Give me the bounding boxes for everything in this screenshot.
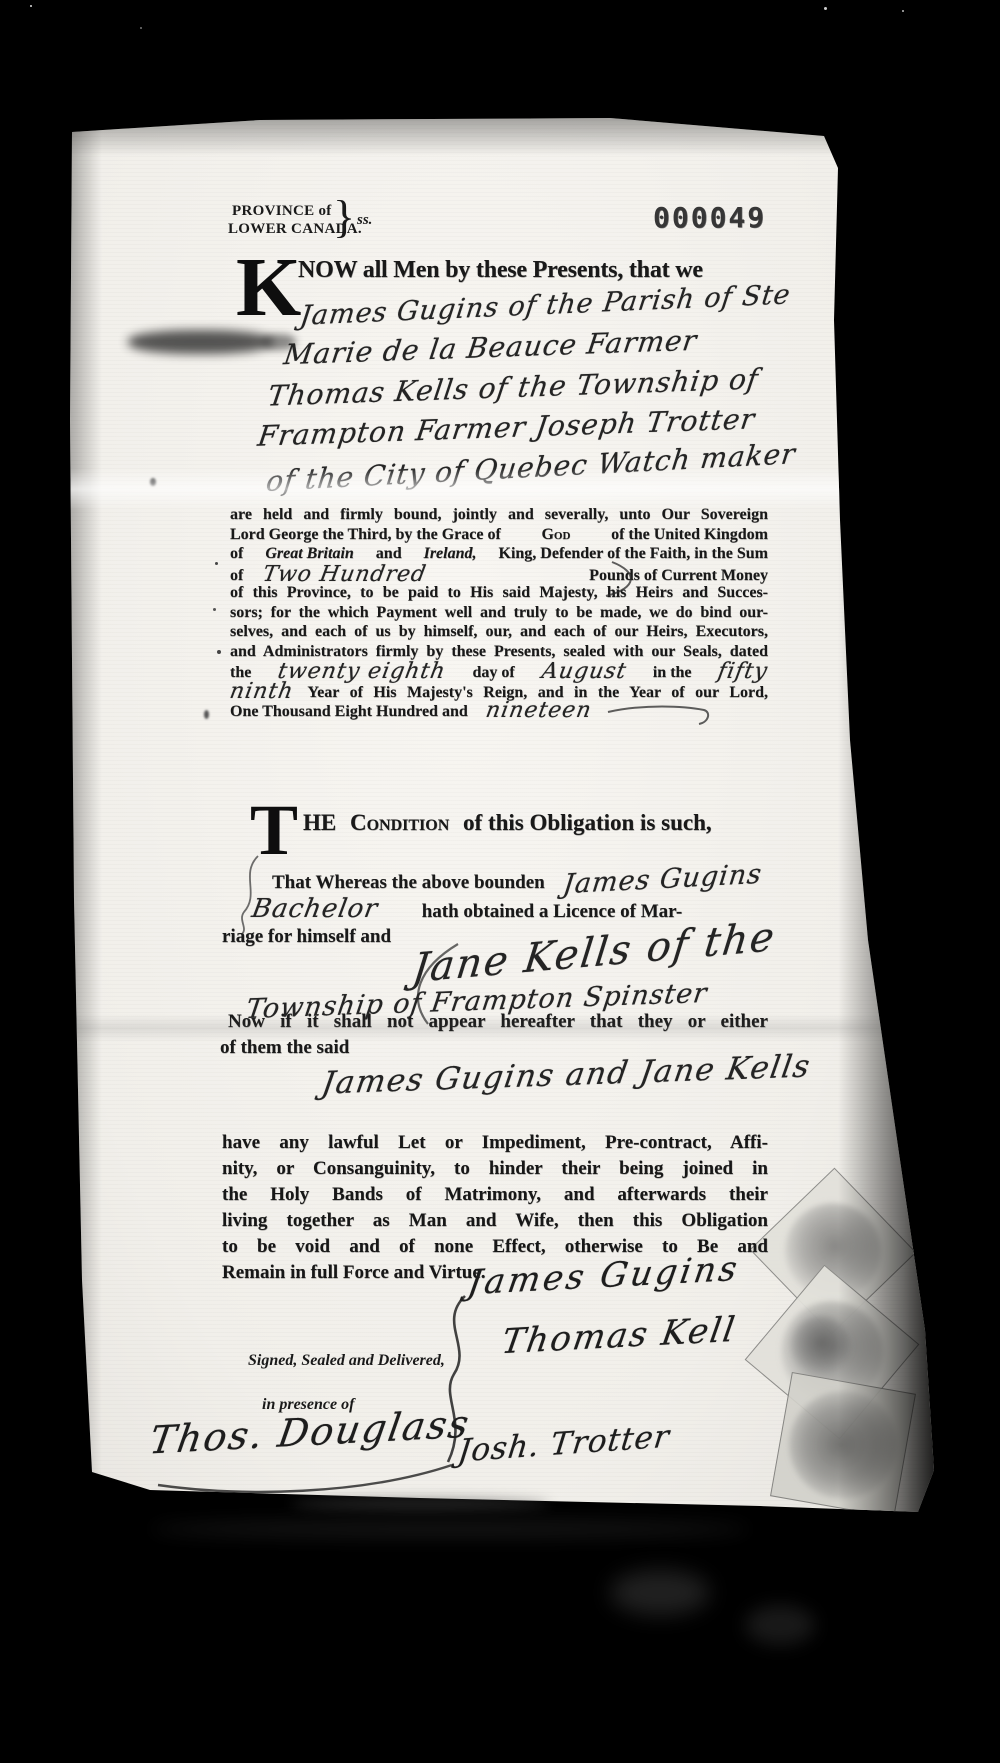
dropcap-T: T (250, 800, 298, 860)
handwritten-month: August (540, 662, 628, 682)
pen-flourish (604, 700, 714, 730)
obligation-line: nity, or Consanguinity, to hinder their … (222, 1156, 768, 1182)
handwritten-sum: Two Hundred (262, 565, 429, 585)
licence-text: hath obtained a Licence of Mar- (422, 901, 683, 923)
handwritten-status: Bachelor (250, 898, 380, 921)
bond-text-italic: Ireland, (424, 544, 477, 564)
whereas-line: That Whereas the above bounden James Gug… (272, 868, 762, 894)
ink-speck (204, 710, 209, 719)
top-edge-shadow (60, 112, 850, 156)
serial-number-stamp: 000049 (653, 201, 766, 234)
dust-speck (140, 27, 142, 29)
condition-heading-rest: of this Obligation is such, (463, 810, 712, 835)
jurat-abbreviation: ss. (357, 212, 372, 229)
ink-speck (217, 650, 221, 654)
pen-flourish (236, 852, 264, 936)
obligation-line: living together as Man and Wife, then th… (222, 1208, 768, 1234)
bond-line: of Two Hundred Pounds of Current Money (230, 564, 768, 584)
dropcap-K: K (236, 252, 301, 324)
condition-heading-word: Condition (350, 810, 449, 835)
bond-line: the twenty eighth day of August in the f… (230, 661, 768, 681)
handwritten-year: nineteen (484, 701, 593, 721)
bond-text-italic: Great Britain (265, 544, 353, 564)
handwritten-groom: James Gugins (561, 863, 763, 898)
proviso-line-2: of them the said (220, 1037, 349, 1059)
bond-text: One Thousand Eight Hundred and (230, 702, 468, 722)
signed-sealed-label: Signed, Sealed and Delivered, (248, 1352, 445, 1370)
scan-artifact (290, 1498, 550, 1510)
whereas-text: That Whereas the above bounden (272, 872, 545, 894)
handwritten-regnal-year: fifty (717, 662, 770, 682)
ink-speck (213, 608, 216, 611)
signature-surety-2: Josh. Trotter (456, 1418, 672, 1469)
bond-line: sors; for the which Payment well and tru… (230, 603, 768, 623)
bond-text: of (230, 544, 243, 564)
dust-speck (30, 5, 32, 7)
condition-heading-he: HE (303, 810, 336, 835)
opening-heading: NOW all Men by these Presents, that we (298, 257, 703, 284)
dust-speck (902, 10, 904, 12)
bond-text: of the United Kingdom (611, 525, 768, 545)
left-edge-shadow (66, 118, 102, 1498)
scan-artifact (745, 1605, 815, 1645)
bond-line: are held and firmly bound, jointly and s… (230, 505, 768, 525)
bond-text-smallcaps: God (541, 525, 570, 545)
bond-text: and (376, 544, 402, 564)
pen-flourish (600, 558, 644, 600)
document-scan: PROVINCE of LOWER CANADA. } ss. 000049 K… (0, 0, 1000, 1763)
handwritten-party-line: Marie de la Beauce Farmer (282, 324, 700, 372)
handwritten-day: twenty eighth (276, 662, 447, 682)
ink-speck (150, 478, 156, 486)
condition-heading: HE Condition of this Obligation is such, (303, 810, 712, 836)
seal-impression (780, 1382, 905, 1507)
province-line-1: PROVINCE of (232, 203, 332, 220)
bond-line: of Great Britain and Ireland, King, Defe… (230, 544, 768, 564)
brace-glyph: } (333, 190, 355, 243)
ink-speck (215, 562, 218, 565)
handwritten-couple: James Gugins and Jane Kells (319, 1048, 813, 1101)
handwritten-regnal-year: ninth (228, 682, 295, 702)
scan-artifact (610, 1570, 710, 1615)
bond-clause-paragraph: are held and firmly bound, jointly and s… (230, 505, 768, 720)
bond-text: day of (472, 663, 514, 683)
wafer-seal-icon (770, 1372, 916, 1518)
bond-line: Lord George the Third, by the Grace of G… (230, 525, 768, 545)
obligation-line: the Holy Bands of Matrimony, and afterwa… (222, 1182, 768, 1208)
pen-flourish (152, 1455, 462, 1497)
signature-surety-1: Thomas Kell (499, 1310, 739, 1363)
bond-line: selves, and each of us by himself, our, … (230, 622, 768, 642)
bond-text: in the (653, 663, 692, 683)
handwritten-party-line: James Gugins of the Parish of Ste (298, 279, 793, 332)
dust-speck (824, 7, 827, 10)
bond-text: Lord George the Third, by the Grace of (230, 525, 501, 545)
status-line: Bachelor hath obtained a Licence of Mar- (252, 898, 682, 923)
obligation-line: have any lawful Let or Impediment, Pre-c… (222, 1130, 768, 1156)
scan-artifact (150, 1520, 750, 1538)
